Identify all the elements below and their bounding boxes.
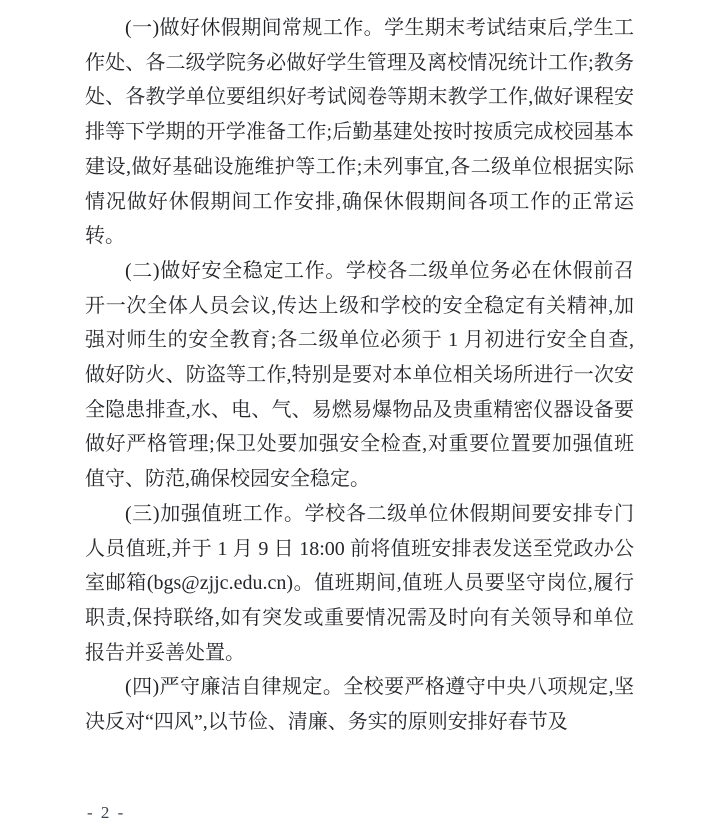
paragraph-4-lead: (四)严守廉洁自律规定。 xyxy=(125,676,343,698)
paragraph-3-lead: (三)加强值班工作。 xyxy=(125,503,305,525)
paragraph-2-lead: (二)做好安全稳定工作。 xyxy=(125,260,346,282)
paragraph-1: (一)做好休假期间常规工作。学生期末考试结束后,学生工作处、各二级学院务必做好学… xyxy=(85,11,634,254)
paragraph-1-text: 学生期末考试结束后,学生工作处、各二级学院务必做好学生管理及离校情况统计工作;教… xyxy=(85,17,634,247)
paragraph-3-text: 学校各二级单位休假期间要安排专门人员值班,并于 1 月 9 日 18:00 前将… xyxy=(85,503,634,664)
page-number: - 2 - xyxy=(87,803,125,823)
document-body: (一)做好休假期间常规工作。学生期末考试结束后,学生工作处、各二级学院务必做好学… xyxy=(85,11,634,740)
paragraph-4: (四)严守廉洁自律规定。全校要严格遵守中央八项规定,坚决反对“四风”,以节俭、清… xyxy=(85,670,634,739)
document-page: (一)做好休假期间常规工作。学生期末考试结束后,学生工作处、各二级学院务必做好学… xyxy=(0,0,706,835)
paragraph-2-text: 学校各二级单位务必在休假前召开一次全体人员会议,传达上级和学校的安全稳定有关精神… xyxy=(85,260,634,490)
paragraph-2: (二)做好安全稳定工作。学校各二级单位务必在休假前召开一次全体人员会议,传达上级… xyxy=(85,254,634,497)
paragraph-1-lead: (一)做好休假期间常规工作。 xyxy=(125,17,384,39)
paragraph-3: (三)加强值班工作。学校各二级单位休假期间要安排专门人员值班,并于 1 月 9 … xyxy=(85,497,634,671)
